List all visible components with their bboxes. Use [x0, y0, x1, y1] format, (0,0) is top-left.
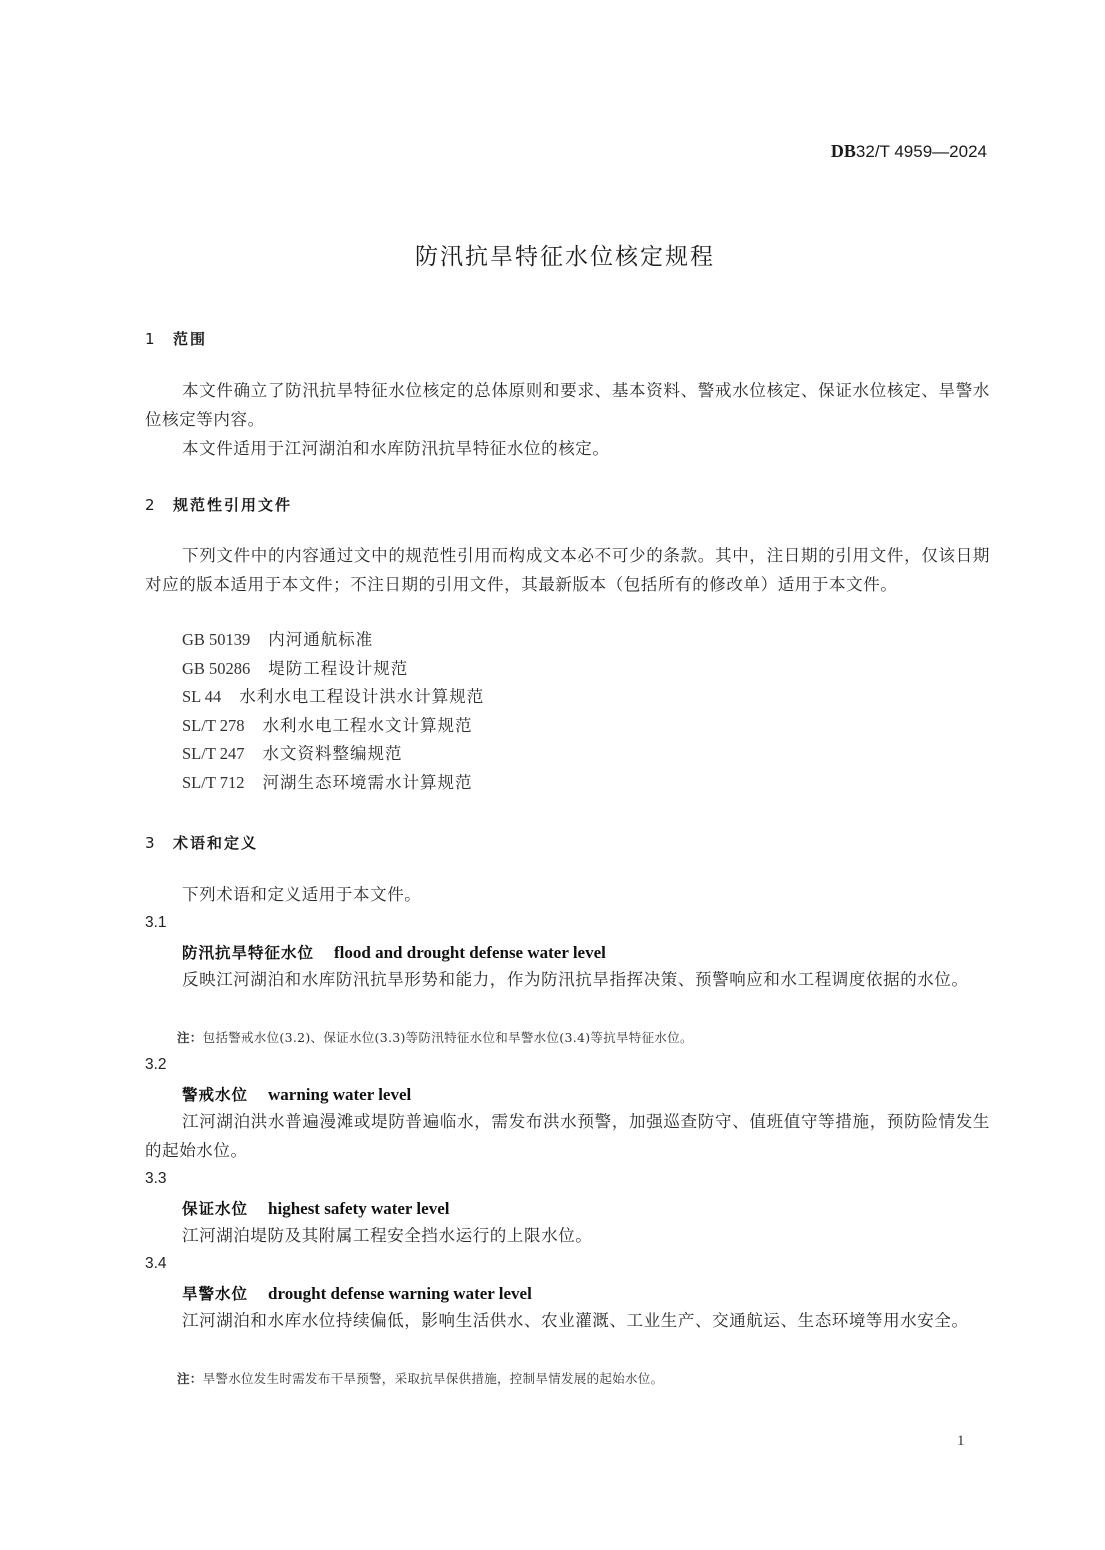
reference-item: SL/T 278水利水电工程水文计算规范 [182, 712, 484, 741]
reference-code: SL/T 247 [182, 740, 245, 769]
section-title: 规范性引用文件 [173, 496, 292, 514]
section-heading-scope: 1范围 [145, 328, 207, 349]
term-definition: 反映江河湖泊和水库防汛抗旱形势和能力，作为防汛抗旱指挥决策、预警响应和水工程调度… [145, 965, 990, 994]
section-number: 3 [145, 834, 173, 852]
reference-item: SL/T 712河湖生态环境需水计算规范 [182, 769, 484, 798]
terms-intro-paragraph: 下列术语和定义适用于本文件。 [145, 880, 990, 909]
term-english: drought defense warning water level [268, 1284, 532, 1303]
document-title: 防汛抗旱特征水位核定规程 [0, 238, 1105, 271]
term-note: 注：包括警戒水位(3.2)、保证水位(3.3)等防汛特征水位和旱警水位(3.4)… [177, 1028, 693, 1046]
standard-code: DB32/T 4959—2024 [831, 141, 987, 162]
term-definition: 江河湖泊洪水普遍漫滩或堤防普遍临水，需发布洪水预警，加强巡查防守、值班值守等措施… [145, 1107, 990, 1165]
term-note: 注：旱警水位发生时需发布干旱预警，采取抗旱保供措施，控制旱情发展的起始水位。 [177, 1369, 663, 1387]
reference-name: 水利水电工程设计洪水计算规范 [239, 687, 484, 706]
term-chinese: 防汛抗旱特征水位 [182, 944, 314, 962]
section-heading-normative-references: 2规范性引用文件 [145, 494, 292, 515]
term-heading: 防汛抗旱特征水位flood and drought defense water … [182, 941, 606, 963]
reference-item: SL 44水利水电工程设计洪水计算规范 [182, 683, 484, 712]
section-title: 范围 [173, 330, 207, 348]
reference-code: SL/T 278 [182, 712, 245, 741]
standard-code-prefix: DB [831, 141, 856, 161]
term-english: highest safety water level [268, 1199, 449, 1218]
reference-name: 堤防工程设计规范 [268, 659, 408, 678]
standard-code-number: 32/T 4959—2024 [856, 142, 987, 161]
term-english: flood and drought defense water level [334, 943, 606, 962]
reference-name: 水文资料整编规范 [263, 744, 403, 763]
section-title: 术语和定义 [173, 834, 258, 852]
term-heading: 保证水位highest safety water level [182, 1197, 449, 1219]
reference-code: GB 50139 [182, 626, 250, 655]
note-label: 注： [177, 1371, 203, 1386]
page-number: 1 [957, 1433, 965, 1450]
scope-paragraph-1: 本文件确立了防汛抗旱特征水位核定的总体原则和要求、基本资料、警戒水位核定、保证水… [145, 376, 990, 434]
term-heading: 警戒水位warning water level [182, 1083, 411, 1105]
references-intro-paragraph: 下列文件中的内容通过文中的规范性引用而构成文本必不可少的条款。其中，注日期的引用… [145, 541, 990, 599]
term-definition: 江河湖泊堤防及其附属工程安全挡水运行的上限水位。 [145, 1221, 990, 1250]
section-number: 2 [145, 496, 173, 514]
reference-name: 河湖生态环境需水计算规范 [263, 773, 473, 792]
scope-paragraph-2: 本文件适用于江河湖泊和水库防汛抗旱特征水位的核定。 [145, 434, 990, 463]
term-chinese: 保证水位 [182, 1200, 248, 1218]
reference-code: SL 44 [182, 683, 221, 712]
reference-code: GB 50286 [182, 655, 250, 684]
term-heading: 旱警水位drought defense warning water level [182, 1282, 532, 1304]
term-definition: 江河湖泊和水库水位持续偏低，影响生活供水、农业灌溉、工业生产、交通航运、生态环境… [145, 1306, 990, 1335]
section-heading-terms-and-definitions: 3术语和定义 [145, 832, 258, 853]
term-english: warning water level [268, 1085, 411, 1104]
note-text: 包括警戒水位(3.2)、保证水位(3.3)等防汛特征水位和旱警水位(3.4)等抗… [203, 1030, 693, 1045]
reference-name: 水利水电工程水文计算规范 [263, 716, 473, 735]
term-chinese: 旱警水位 [182, 1285, 248, 1303]
reference-item: GB 50286堤防工程设计规范 [182, 655, 484, 684]
reference-code: SL/T 712 [182, 769, 245, 798]
note-text: 旱警水位发生时需发布干旱预警，采取抗旱保供措施，控制旱情发展的起始水位。 [203, 1371, 664, 1386]
reference-name: 内河通航标准 [268, 630, 373, 649]
clause-number: 3.3 [145, 1170, 167, 1188]
clause-number: 3.2 [145, 1056, 167, 1074]
section-number: 1 [145, 330, 173, 348]
note-label: 注： [177, 1030, 203, 1045]
clause-number: 3.1 [145, 914, 167, 932]
clause-number: 3.4 [145, 1255, 167, 1273]
term-chinese: 警戒水位 [182, 1086, 248, 1104]
reference-item: SL/T 247水文资料整编规范 [182, 740, 484, 769]
reference-list: GB 50139内河通航标准 GB 50286堤防工程设计规范 SL 44水利水… [182, 626, 484, 798]
reference-item: GB 50139内河通航标准 [182, 626, 484, 655]
